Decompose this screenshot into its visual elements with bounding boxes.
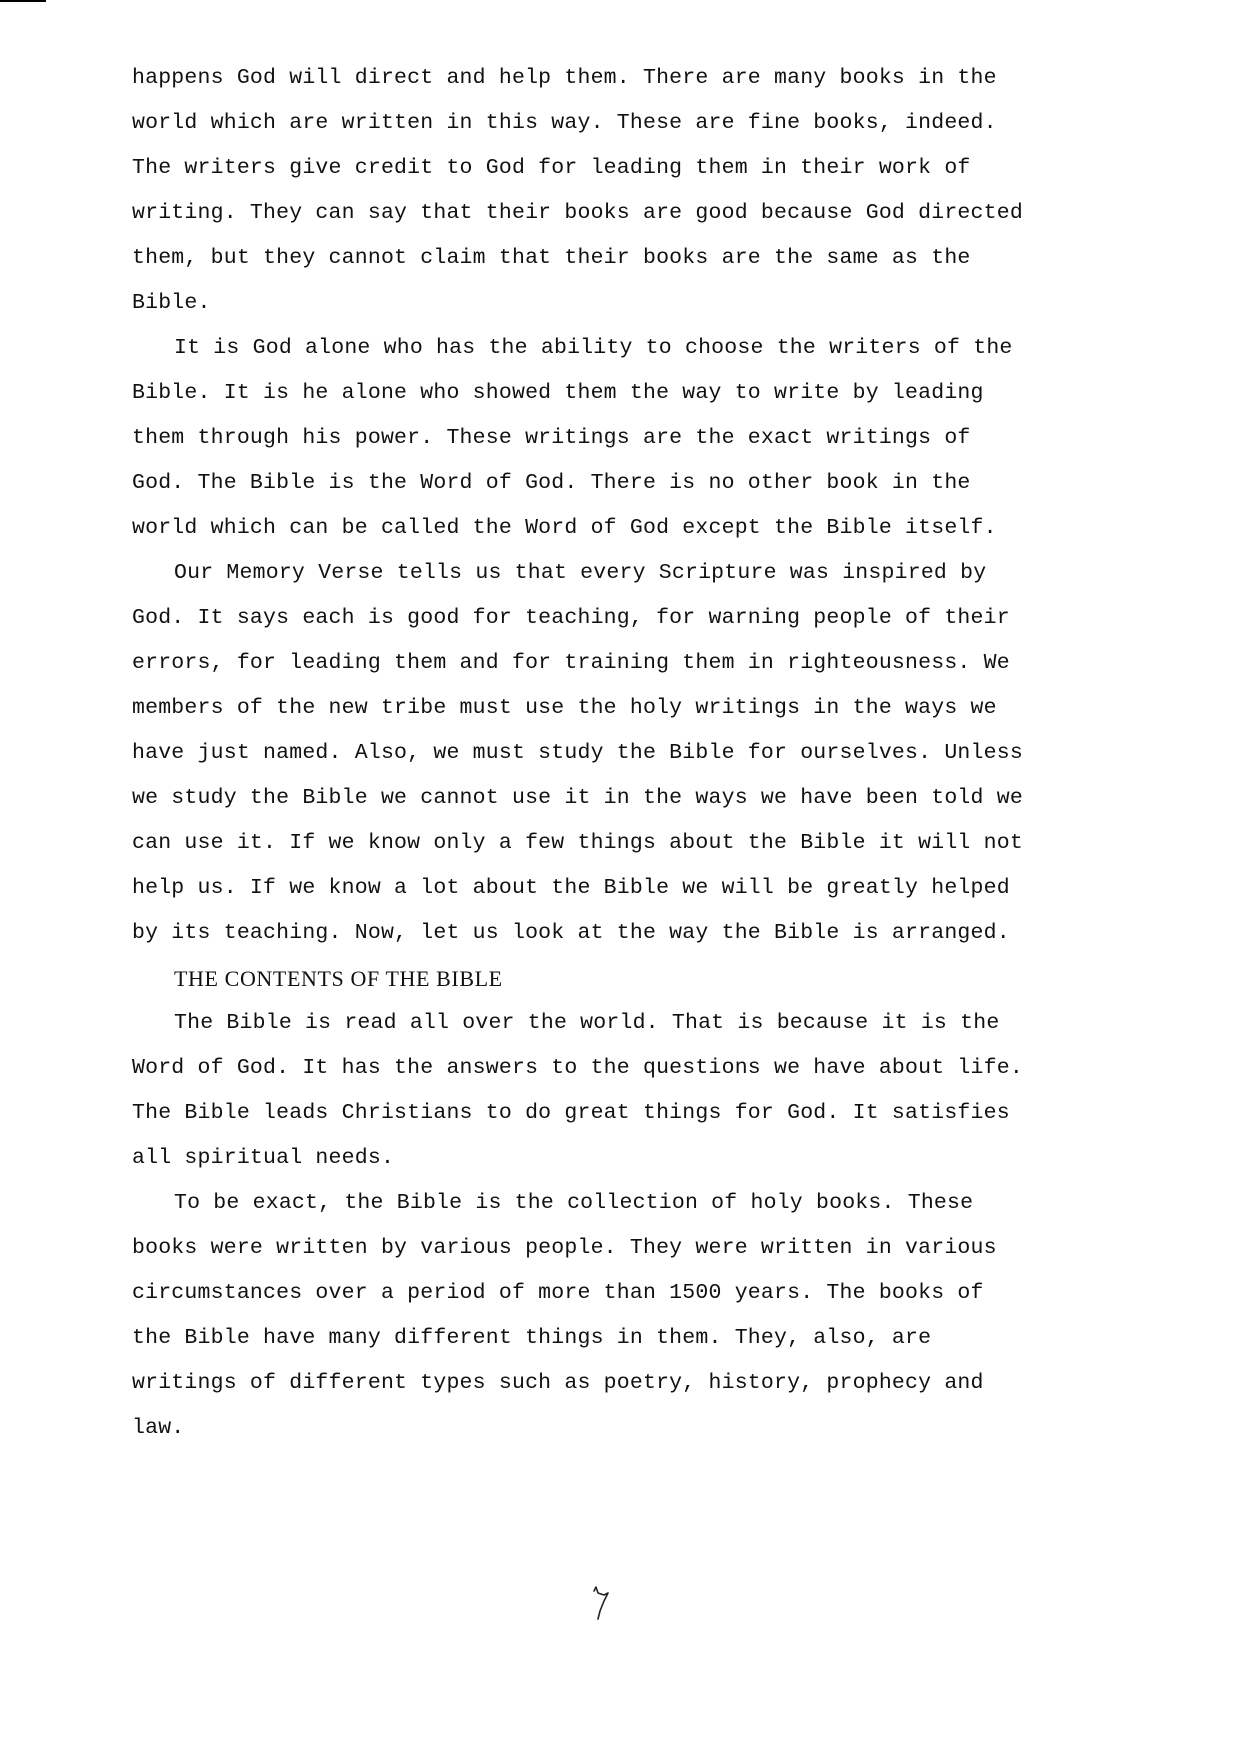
text-line: books were written by various people. Th… [132,1226,1132,1271]
text-line: them, but they cannot claim that their b… [132,236,1132,281]
text-line: God. The Bible is the Word of God. There… [132,461,1132,506]
text-line: have just named. Also, we must study the… [132,731,1132,776]
handwritten-page-number [590,1585,614,1625]
text-line: them through his power. These writings a… [132,416,1132,461]
document-page: happens God will direct and help them. T… [132,56,1132,1451]
text-line: can use it. If we know only a few things… [132,821,1132,866]
scan-edge-mark [0,0,46,2]
section-heading: THE CONTENTS OF THE BIBLE [132,956,1132,1001]
text-line: world which can be called the Word of Go… [132,506,1132,551]
text-line: It is God alone who has the ability to c… [132,326,1132,371]
text-line: Our Memory Verse tells us that every Scr… [132,551,1132,596]
text-line: writings of different types such as poet… [132,1361,1132,1406]
text-line: circumstances over a period of more than… [132,1271,1132,1316]
text-line: Word of God. It has the answers to the q… [132,1046,1132,1091]
text-line: we study the Bible we cannot use it in t… [132,776,1132,821]
text-line: all spiritual needs. [132,1136,1132,1181]
text-line: the Bible have many different things in … [132,1316,1132,1361]
text-line: writing. They can say that their books a… [132,191,1132,236]
text-line: help us. If we know a lot about the Bibl… [132,866,1132,911]
text-line: To be exact, the Bible is the collection… [132,1181,1132,1226]
contents-section: The Bible is read all over the world. Th… [132,1001,1132,1451]
text-line: law. [132,1406,1132,1451]
text-line: errors, for leading them and for trainin… [132,641,1132,686]
text-line: world which are written in this way. The… [132,101,1132,146]
text-line: The writers give credit to God for leadi… [132,146,1132,191]
text-line: The Bible leads Christians to do great t… [132,1091,1132,1136]
text-line: God. It says each is good for teaching, … [132,596,1132,641]
text-line: members of the new tribe must use the ho… [132,686,1132,731]
text-line: The Bible is read all over the world. Th… [132,1001,1132,1046]
text-line: by its teaching. Now, let us look at the… [132,911,1132,956]
text-line: Bible. It is he alone who showed them th… [132,371,1132,416]
text-line: happens God will direct and help them. T… [132,56,1132,101]
text-line: Bible. [132,281,1132,326]
body-section: happens God will direct and help them. T… [132,56,1132,956]
